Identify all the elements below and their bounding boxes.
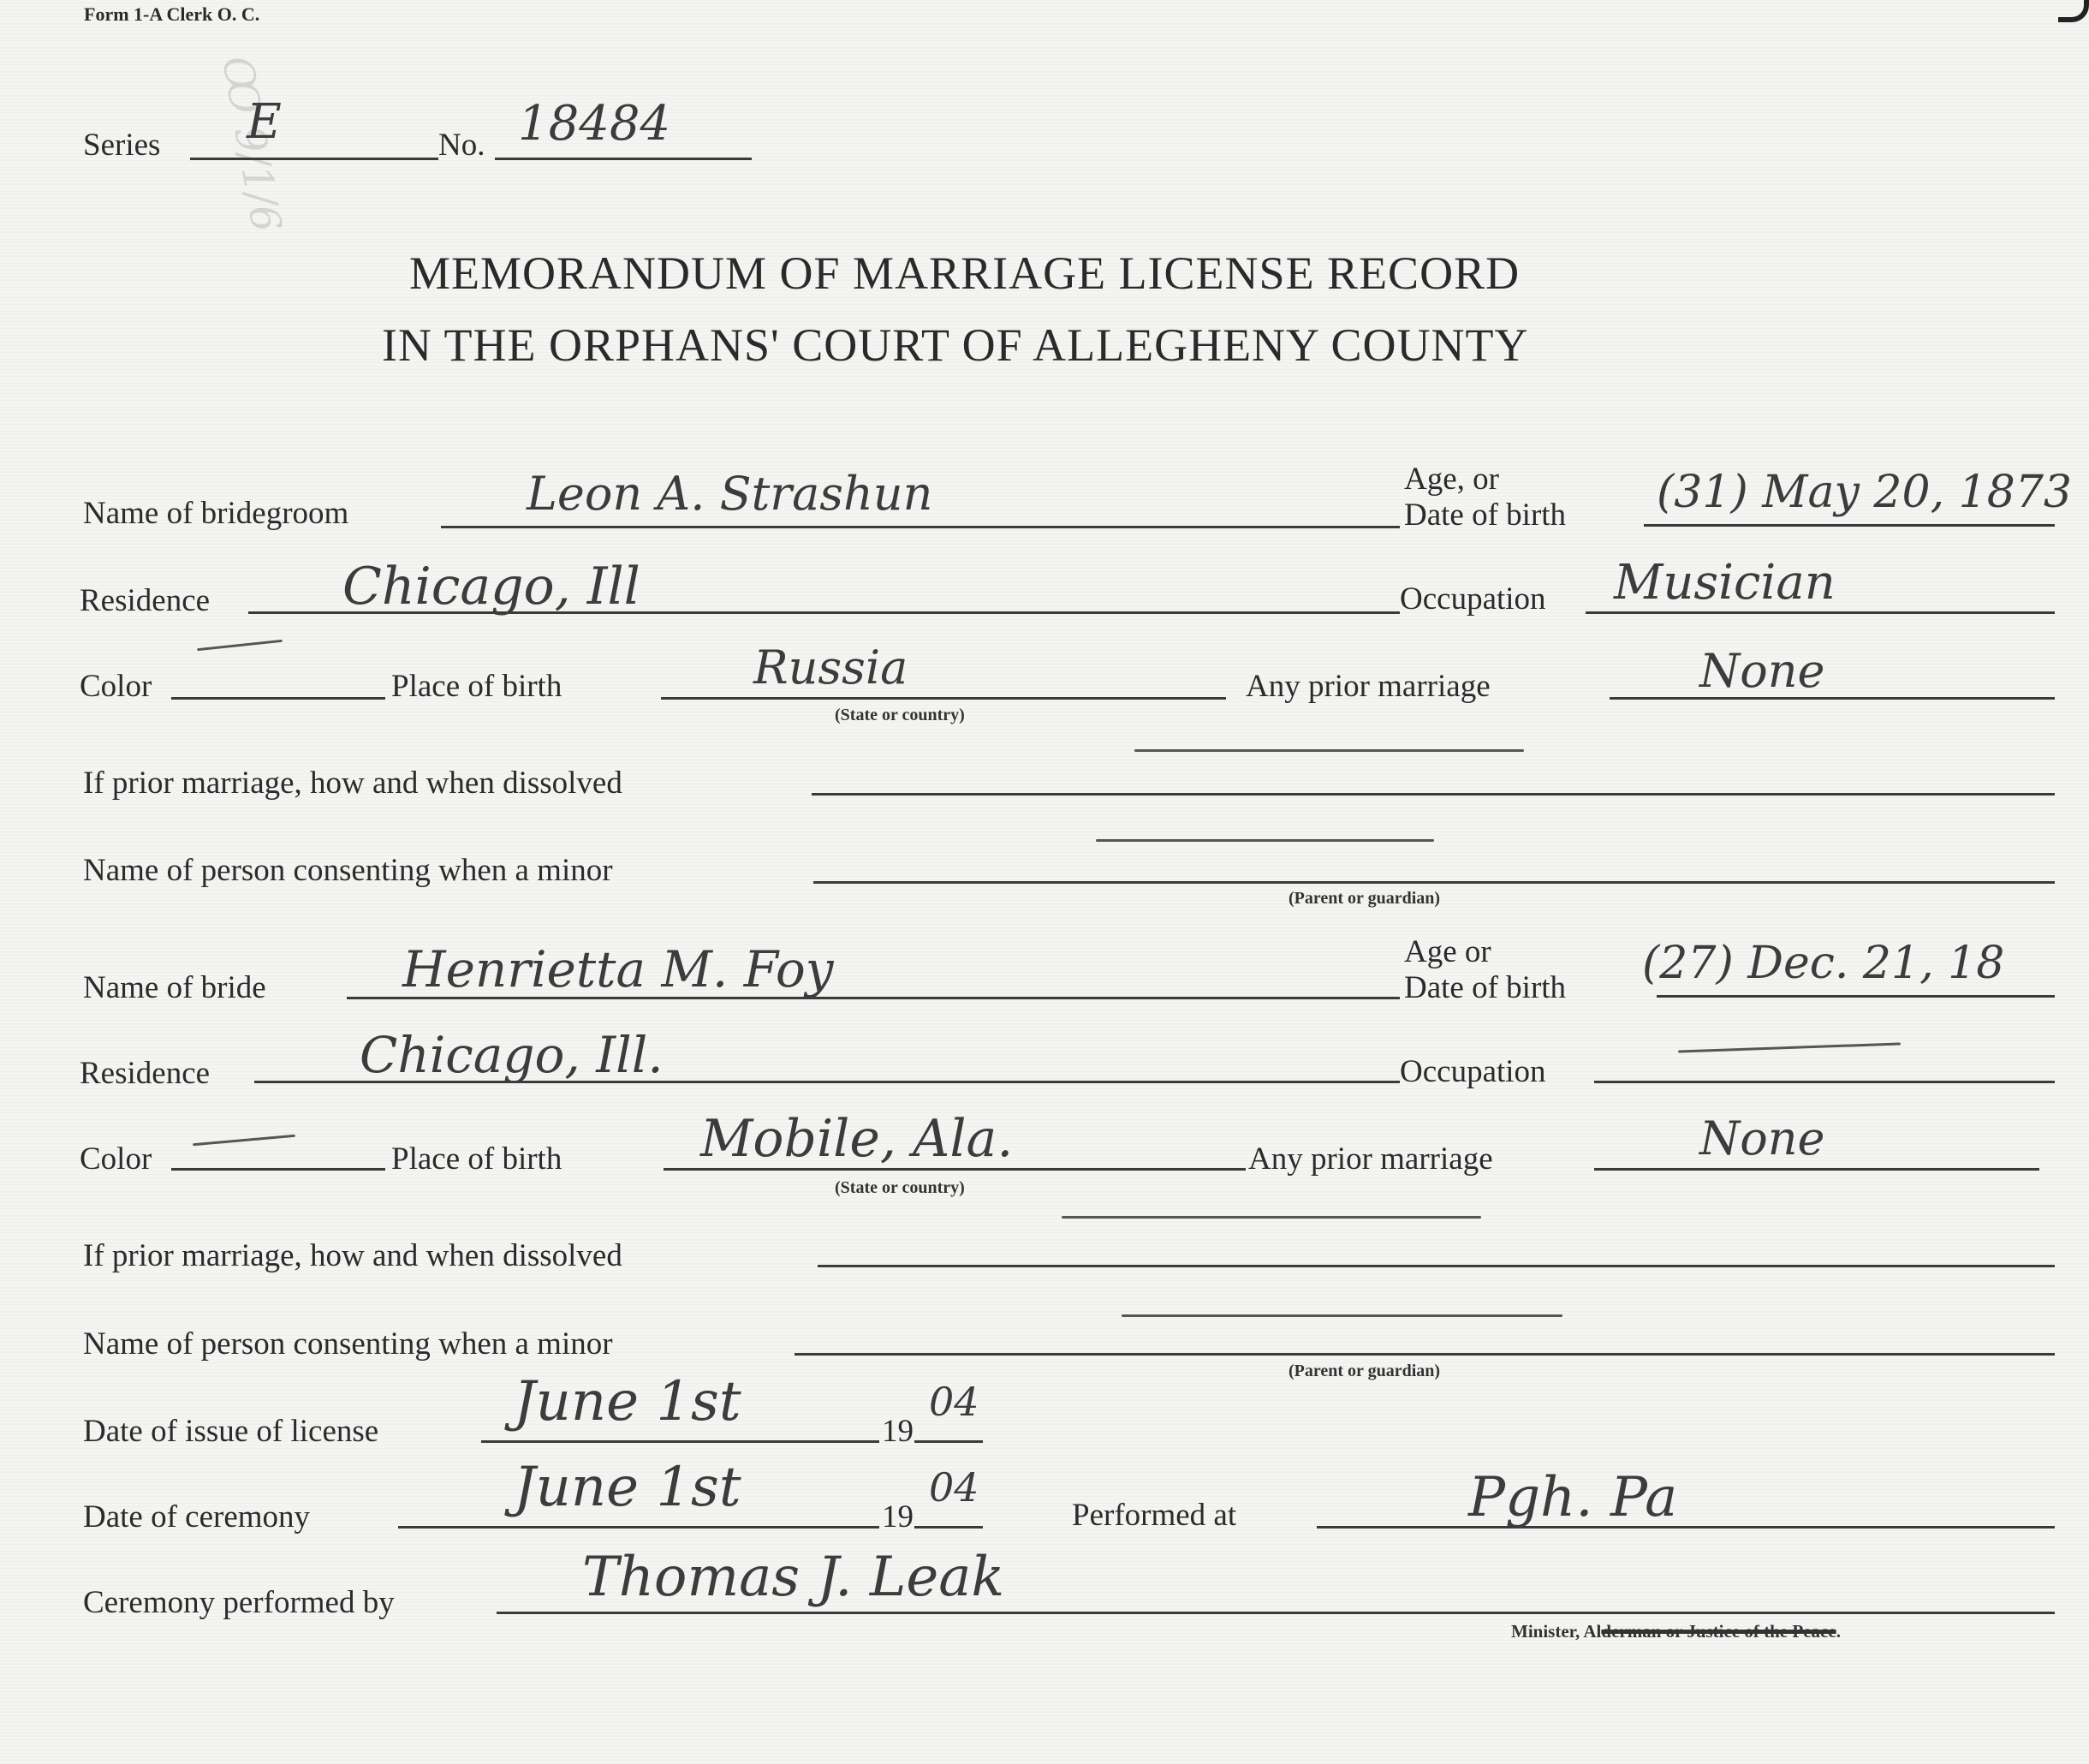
bride-age-line xyxy=(1657,995,2055,998)
ceremony-date-value: June 1st xyxy=(514,1456,741,1519)
bride-prior-marriage-label: Any prior marriage xyxy=(1248,1141,1493,1177)
bride-age-label-1: Age or xyxy=(1404,933,1491,970)
groom-consent-label: Name of person consenting when a minor xyxy=(83,852,613,889)
performed-by-label: Ceremony performed by xyxy=(83,1584,395,1621)
number-value: 18484 xyxy=(518,96,670,152)
groom-color-label: Color xyxy=(80,668,152,705)
issue-year-suffix: 04 xyxy=(929,1379,979,1425)
groom-name-label: Name of bridegroom xyxy=(83,495,348,532)
number-line xyxy=(495,158,752,160)
bride-name-value: Henrietta M. Foy xyxy=(402,940,834,998)
groom-dissolved-dash xyxy=(1134,749,1524,752)
groom-residence-value: Chicago, Ill xyxy=(342,557,640,617)
groom-name-line xyxy=(441,526,1400,528)
form-id: Form 1-A Clerk O. C. xyxy=(84,3,259,26)
groom-occupation-label: Occupation xyxy=(1400,581,1546,617)
groom-age-value: (31) May 20, 1873 xyxy=(1657,467,2072,518)
performed-at-value: Pgh. Pa xyxy=(1468,1466,1677,1529)
groom-prior-marriage-label: Any prior marriage xyxy=(1246,668,1491,705)
bride-dissolved-line xyxy=(818,1265,2055,1267)
bride-color-line xyxy=(171,1168,385,1171)
groom-birthplace-label: Place of birth xyxy=(391,668,562,705)
groom-residence-label: Residence xyxy=(80,582,210,619)
bride-consent-label: Name of person consenting when a minor xyxy=(83,1326,613,1362)
bride-occupation-line xyxy=(1594,1081,2055,1083)
bride-occupation-dash xyxy=(1678,1042,1901,1052)
bride-consent-dash xyxy=(1122,1314,1562,1317)
ceremony-date-line xyxy=(398,1526,879,1529)
officiant-caption: Minister, Alderman or Justice of the Pea… xyxy=(1511,1621,1841,1642)
title-line-1: MEMORANDUM OF MARRIAGE LICENSE RECORD xyxy=(409,247,1520,300)
bride-name-label: Name of bride xyxy=(83,969,266,1006)
corner-mark xyxy=(2058,0,2089,22)
groom-prior-marriage-value: None xyxy=(1699,644,1825,698)
bride-color-dash xyxy=(193,1135,295,1146)
ceremony-year-prefix: 19 xyxy=(882,1499,914,1535)
bride-birthplace-label: Place of birth xyxy=(391,1141,562,1177)
bride-dissolved-dash xyxy=(1062,1216,1481,1219)
groom-prior-marriage-line xyxy=(1610,697,2055,700)
groom-color-dash xyxy=(197,640,283,651)
bride-prior-marriage-value: None xyxy=(1699,1111,1825,1165)
groom-consent-dash xyxy=(1096,839,1434,842)
series-line xyxy=(190,158,438,160)
bride-residence-value: Chicago, Ill. xyxy=(360,1026,664,1084)
officiant-caption-suffix: . xyxy=(1836,1621,1841,1642)
bride-age-value: (27) Dec. 21, 18 xyxy=(1642,938,2004,989)
issue-date-line xyxy=(481,1440,879,1443)
groom-dissolved-line xyxy=(812,793,2055,796)
performed-at-label: Performed at xyxy=(1072,1497,1236,1534)
groom-birthplace-value: Russia xyxy=(753,641,908,694)
officiant-caption-struck: derman or Justice of the Peace xyxy=(1601,1621,1836,1642)
ceremony-date-label: Date of ceremony xyxy=(83,1499,310,1535)
bride-birthplace-value: Mobile, Ala. xyxy=(700,1109,1013,1169)
groom-dissolved-label: If prior marriage, how and when dissolve… xyxy=(83,765,622,802)
bride-consent-line xyxy=(795,1353,2055,1356)
series-value: E xyxy=(247,94,282,150)
groom-color-line xyxy=(171,697,385,700)
bride-prior-marriage-line xyxy=(1594,1168,2039,1171)
groom-occupation-value: Musician xyxy=(1614,555,1836,611)
performed-at-line xyxy=(1317,1526,2055,1529)
groom-birthplace-line xyxy=(661,697,1226,700)
issue-date-value: June 1st xyxy=(514,1370,741,1433)
groom-consent-line xyxy=(813,881,2055,884)
issue-year-line xyxy=(914,1440,983,1443)
groom-occupation-line xyxy=(1586,611,2055,614)
bride-dissolved-label: If prior marriage, how and when dissolve… xyxy=(83,1237,622,1274)
groom-consent-caption: (Parent or guardian) xyxy=(1289,889,1440,909)
performed-by-line xyxy=(497,1612,2055,1614)
groom-age-label-2: Date of birth xyxy=(1404,497,1566,533)
bride-residence-label: Residence xyxy=(80,1055,210,1092)
groom-age-label-1: Age, or xyxy=(1404,461,1499,498)
issue-year-prefix: 19 xyxy=(882,1413,914,1450)
performed-by-value: Thomas J. Leak xyxy=(582,1546,1004,1609)
groom-age-line xyxy=(1644,524,2055,527)
groom-name-value: Leon A. Strashun xyxy=(527,467,932,521)
series-label: Series xyxy=(83,127,160,164)
ceremony-year-suffix: 04 xyxy=(929,1464,979,1511)
ceremony-year-line xyxy=(914,1526,983,1529)
bride-color-label: Color xyxy=(80,1141,152,1177)
title-line-2: IN THE ORPHANS' COURT OF ALLEGHENY COUNT… xyxy=(382,319,1529,372)
number-label: No. xyxy=(438,127,485,164)
bride-state-caption: (State or country) xyxy=(835,1178,965,1198)
officiant-caption-prefix: Minister, Al xyxy=(1511,1621,1601,1642)
bride-age-label-2: Date of birth xyxy=(1404,969,1566,1006)
bride-occupation-label: Occupation xyxy=(1400,1053,1546,1090)
issue-date-label: Date of issue of license xyxy=(83,1413,378,1450)
bride-consent-caption: (Parent or guardian) xyxy=(1289,1362,1440,1381)
groom-state-caption: (State or country) xyxy=(835,706,965,725)
